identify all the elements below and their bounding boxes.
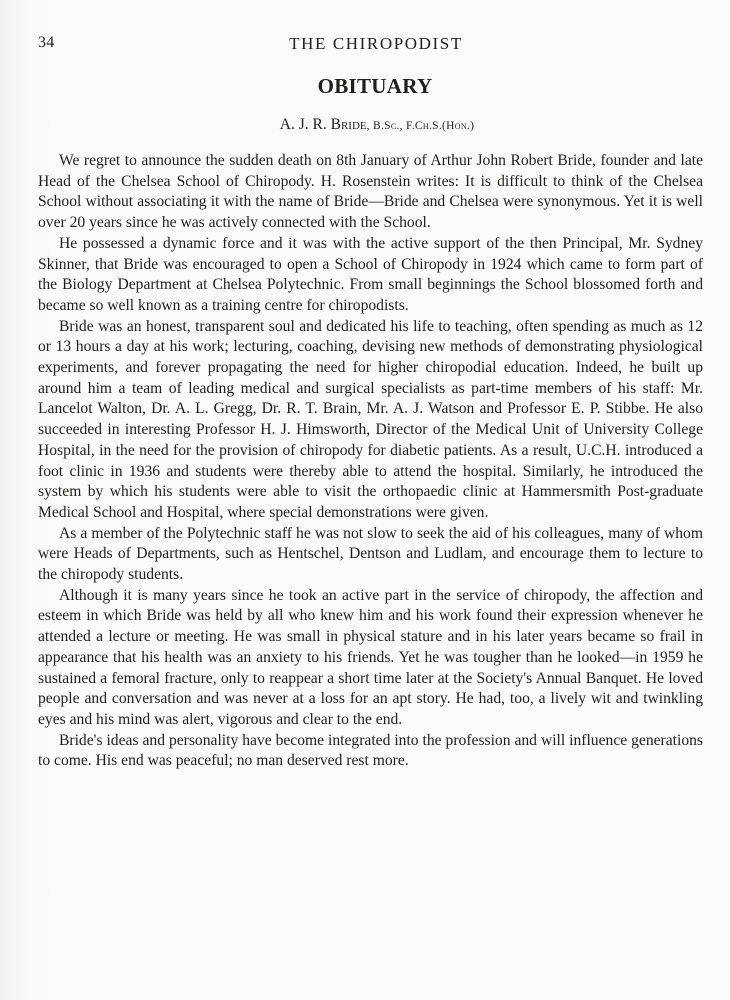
paragraph: Bride was an honest, transparent soul an… — [38, 317, 703, 524]
running-head: 34 THE CHIROPODIST — [0, 34, 730, 56]
paragraph: Although it is many years since he took … — [38, 586, 703, 731]
paragraph: As a member of the Polytechnic staff he … — [38, 524, 703, 586]
byline-initials: A. J. R. — [280, 116, 331, 133]
document-page: 34 THE CHIROPODIST OBITUARY A. J. R. Bri… — [0, 0, 730, 1000]
paragraph: Bride's ideas and personality have becom… — [38, 731, 703, 772]
section-title: OBITUARY — [0, 74, 730, 99]
paragraph: We regret to announce the sudden death o… — [38, 151, 703, 234]
article-body: We regret to announce the sudden death o… — [38, 151, 703, 772]
byline-surname: Bride — [331, 116, 367, 133]
journal-title: THE CHIROPODIST — [0, 34, 730, 54]
paragraph: He possessed a dynamic force and it was … — [38, 234, 703, 317]
byline-degrees: , B.Sc., F.Ch.S.(Hon.) — [367, 120, 475, 132]
byline: A. J. R. Bride, B.Sc., F.Ch.S.(Hon.) — [0, 116, 730, 134]
